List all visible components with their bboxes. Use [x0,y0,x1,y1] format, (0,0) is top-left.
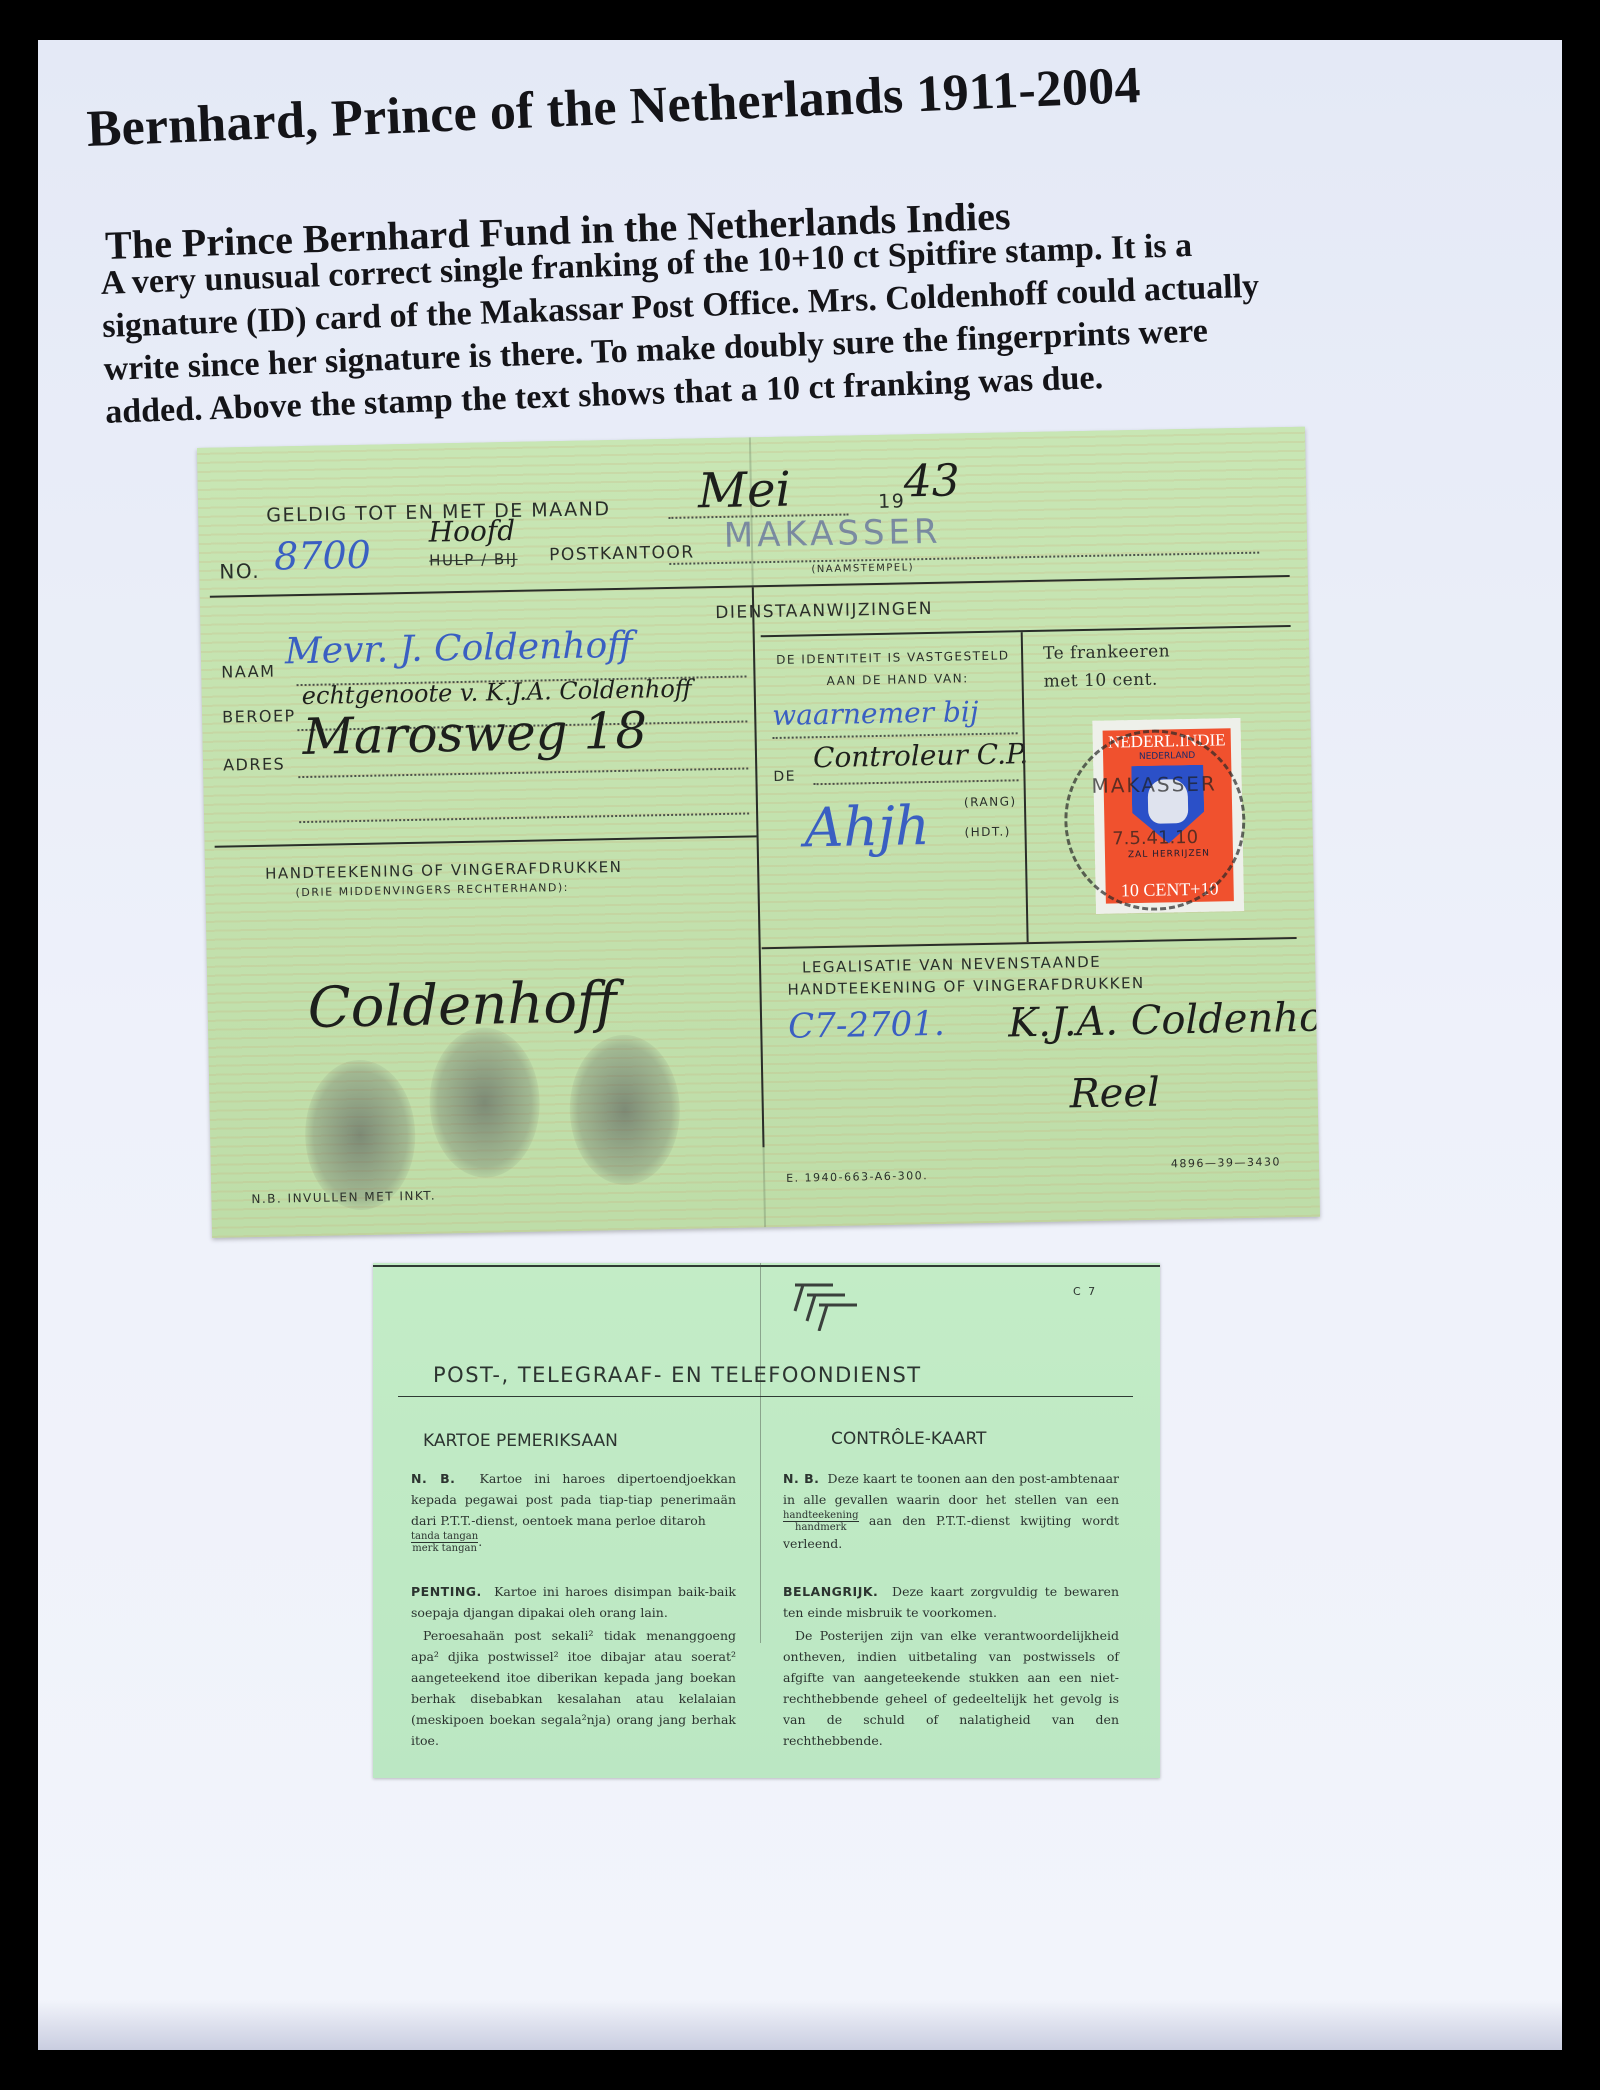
penting-label: PENTING. [411,1584,482,1599]
nb-label: N. B. [411,1471,455,1486]
signature-label-2: (DRIE MIDDENVINGERS RECHTERHAND): [295,881,569,899]
left-nb-paragraph: N. B. Kartoe ini haroes dipertoendjoekka… [411,1468,736,1554]
postmark-city: MAKASSER [1066,771,1241,798]
valid-month-handwritten: Mei [697,462,791,520]
year-prefix: 19 [878,490,906,513]
card-top-border [373,1265,1160,1267]
dotted-line [814,779,1019,785]
print-code-left: E. 1940-663-A6-300. [786,1169,928,1185]
legalisation-signature: K.J.A. Coldenhoff [1008,994,1320,1047]
holder-signature: Coldenhoff [307,970,617,1041]
legalisation-label-2: HANDTEEKENING OF VINGERAFDRUKKEN [787,974,1145,999]
adres-label: ADRES [223,754,286,774]
divider [398,1396,1133,1397]
beroep-label: BEROEP [222,706,296,726]
controller-signature: Ahjh [804,794,930,859]
divider [762,937,1297,949]
nb-ink-note: N.B. INVULLEN MET INKT. [251,1189,436,1207]
office-type-handwritten: Hoofd [428,514,515,549]
page-edge-shadow [38,2000,1562,2050]
fraction-top: handteekening [783,1510,859,1522]
fraction-bottom: handmerk [783,1522,859,1533]
fingerprint [568,1034,681,1186]
legalisation-label-1: LEGALISATIE VAN NEVENSTAANDE [802,953,1101,977]
signature-id-card: GELDIG TOT EN MET DE MAAND Mei 19 43 NO.… [197,427,1320,1238]
column-divider [752,587,765,1147]
card-fold [760,1263,761,1643]
fraction-top: tanda tangan [411,1531,478,1543]
naam-value: Mevr. J. Coldenhoff [285,625,634,673]
adres-value: Marosweg 18 [302,701,648,766]
column-divider [1021,632,1029,942]
control-card: C 7 POST-, TELEGRAAF- EN TELEFOONDIENST … [373,1263,1160,1778]
fraction: handteekeninghandmerk [783,1510,859,1533]
no-label: NO. [219,559,260,584]
card-header: POST-, TELEGRAAF- EN TELEFOONDIENST [433,1363,922,1387]
postmark-date: 7.5.41.10 [1067,826,1242,850]
card-code: C 7 [1073,1285,1097,1298]
left-title: KARTOE PEMERIKSAAN [423,1431,618,1451]
left-liability-paragraph: Peroesahaän post sekali² tidak menanggoe… [411,1625,736,1751]
year-suffix-handwritten: 43 [903,455,960,507]
fingerprint [304,1059,417,1211]
dotted-line [299,812,749,823]
official-signature: Reel [1069,1070,1160,1118]
fraction-bottom: merk tangan [411,1543,478,1554]
office-type-struck: HULP / BIJ [429,550,518,570]
card-number-handwritten: 8700 [274,533,372,579]
divider [210,575,1290,598]
divider [761,625,1291,637]
identity-label-1: DE IDENTITEIT IS VASTGESTELD [776,648,1010,666]
franking-note-1: Te frankeeren [1043,641,1170,663]
ptt-logo-icon [793,1281,873,1331]
identity-value: waarnemer bij [772,695,979,732]
right-liability-paragraph: De Posterijen zijn van elke verantwoorde… [783,1625,1119,1751]
rang-label: (RANG) [964,794,1017,809]
left-penting-paragraph: PENTING. Kartoe ini haroes disimpan baik… [411,1581,736,1623]
right-nb-paragraph: N. B. Deze kaart te toonen aan den post-… [783,1468,1119,1554]
right-title: CONTRÔLE-KAART [831,1429,986,1449]
signature-label-1: HANDTEEKENING OF VINGERAFDRUKKEN [265,858,623,883]
nb-label: N. B. [783,1471,819,1486]
hdt-label: (HDT.) [964,824,1011,839]
nb-text-1: Deze kaart te toonen aan den post-ambten… [783,1471,1119,1507]
office-name-stamp: MAKASSER [723,512,942,556]
naam-label: NAAM [221,662,275,682]
right-belangrijk-paragraph: BELANGRIJK. Deze kaart zorgvuldig te bew… [783,1581,1119,1623]
dienst-label: DIENSTAANWIJZINGEN [715,599,933,623]
dotted-line [298,767,748,778]
de-value: Controleur C.P. [813,737,1029,774]
nb-text: Kartoe ini haroes dipertoendjoekkan kepa… [411,1471,736,1528]
de-label: DE [773,769,796,785]
identity-label-2: AAN DE HAND VAN: [826,671,968,688]
franking-note-2: met 10 cent. [1043,670,1158,692]
belangrijk-label: BELANGRIJK. [783,1584,878,1599]
postkantoor-label: POSTKANTOOR [549,542,695,565]
legalisation-ref: C7-2701. [788,1004,945,1047]
naamstempel-label: (NAAMSTEMPEL) [811,562,914,575]
fingerprint [428,1027,541,1179]
divider [215,835,757,847]
print-code-right: 4896—39—3430 [1171,1155,1281,1170]
fraction: tanda tanganmerk tangan [411,1531,478,1554]
